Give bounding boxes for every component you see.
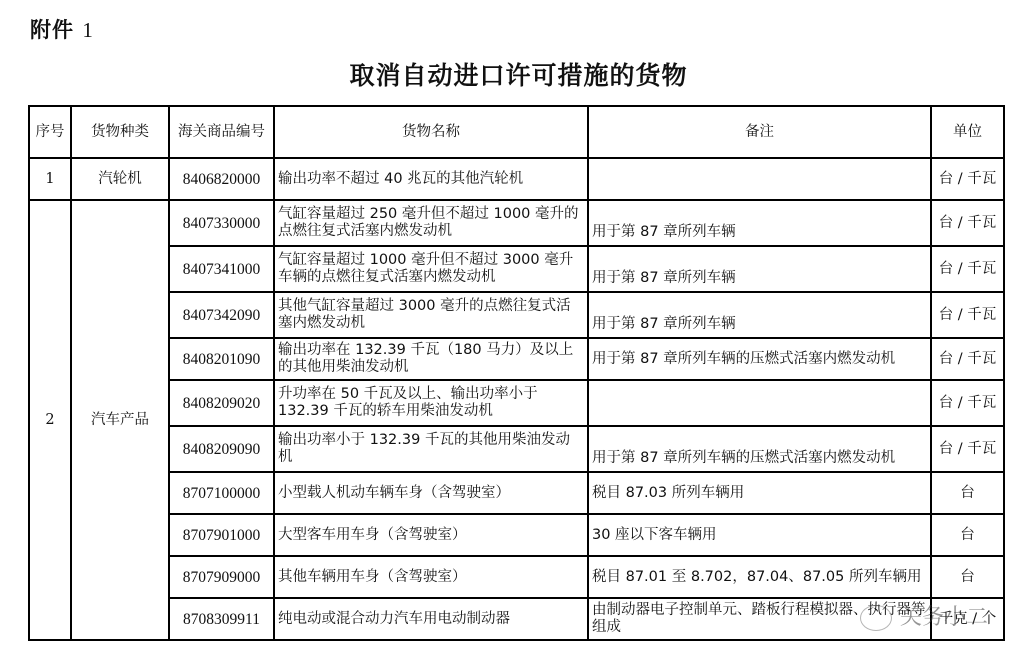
table-row: 2 汽车产品 8407330000 气缸容量超过 250 毫升但不超过 1000… [29, 200, 1004, 246]
row-name: 气缸容量超过 250 毫升但不超过 1000 毫升的点燃往复式活塞内燃发动机 [274, 200, 588, 246]
row-unit: 台 [931, 472, 1004, 514]
row-note: 用于第 87 章所列车辆的压燃式活塞内燃发动机 [588, 426, 931, 472]
table-row: 8707100000 小型载人机动车辆车身（含驾驶室） 税目 87.03 所列车… [29, 472, 1004, 514]
row-category: 汽车产品 [71, 200, 169, 640]
row-unit: 台 / 千瓦 [931, 292, 1004, 338]
row-note [588, 158, 931, 200]
row-unit: 台 / 千瓦 [931, 246, 1004, 292]
row-note: 税目 87.01 至 8.702，87.04、87.05 所列车辆用 [588, 556, 931, 598]
row-note: 税目 87.03 所列车辆用 [588, 472, 931, 514]
row-name: 纯电动或混合动力汽车用电动制动器 [274, 598, 588, 640]
document-title: 取消自动进口许可措施的货物 [0, 56, 1027, 92]
table-row: 8407342090 其他气缸容量超过 3000 毫升的点燃往复式活塞内燃发动机… [29, 292, 1004, 338]
header-name: 货物名称 [274, 106, 588, 158]
row-code: 8707909000 [169, 556, 274, 598]
attachment-number: 1 [82, 18, 94, 42]
header-unit: 单位 [931, 106, 1004, 158]
table-header-row: 序号 货物种类 海关商品编号 货物名称 备注 单位 [29, 106, 1004, 158]
header-code: 海关商品编号 [169, 106, 274, 158]
row-unit: 台 [931, 514, 1004, 556]
row-code: 8408209020 [169, 380, 274, 426]
row-note: 用于第 87 章所列车辆的压燃式活塞内燃发动机 [588, 338, 931, 380]
row-note: 用于第 87 章所列车辆 [588, 200, 931, 246]
table-row: 8408209090 输出功率小于 132.39 千瓦的其他用柴油发动机 用于第… [29, 426, 1004, 472]
table-row: 8708309911 纯电动或混合动力汽车用电动制动器 由制动器电子控制单元、踏… [29, 598, 1004, 640]
row-name: 大型客车用车身（含驾驶室） [274, 514, 588, 556]
row-unit: 台 / 千瓦 [931, 426, 1004, 472]
row-name: 输出功率小于 132.39 千瓦的其他用柴油发动机 [274, 426, 588, 472]
goods-table: 序号 货物种类 海关商品编号 货物名称 备注 单位 1 汽轮机 84068200… [28, 105, 1005, 641]
row-note [588, 380, 931, 426]
row-code: 8408201090 [169, 338, 274, 380]
row-code: 8408209090 [169, 426, 274, 472]
row-unit: 台 / 千瓦 [931, 158, 1004, 200]
table-row: 8408201090 输出功率在 132.39 千瓦（180 马力）及以上的其他… [29, 338, 1004, 380]
row-unit: 台 / 千瓦 [931, 338, 1004, 380]
row-unit: 台 / 千瓦 [931, 380, 1004, 426]
table-row: 1 汽轮机 8406820000 输出功率不超过 40 兆瓦的其他汽轮机 台 /… [29, 158, 1004, 200]
row-code: 8707100000 [169, 472, 274, 514]
row-code: 8406820000 [169, 158, 274, 200]
row-name: 升功率在 50 千瓦及以上、输出功率小于 132.39 千瓦的轿车用柴油发动机 [274, 380, 588, 426]
row-note: 30 座以下客车辆用 [588, 514, 931, 556]
row-code: 8407330000 [169, 200, 274, 246]
row-name: 其他车辆用车身（含驾驶室） [274, 556, 588, 598]
table-row: 8707901000 大型客车用车身（含驾驶室） 30 座以下客车辆用 台 [29, 514, 1004, 556]
row-code: 8707901000 [169, 514, 274, 556]
row-code: 8407341000 [169, 246, 274, 292]
header-index: 序号 [29, 106, 71, 158]
row-unit: 台 / 千瓦 [931, 200, 1004, 246]
header-note: 备注 [588, 106, 931, 158]
row-unit: 台 [931, 556, 1004, 598]
row-category: 汽轮机 [71, 158, 169, 200]
row-index: 2 [29, 200, 71, 640]
row-name: 气缸容量超过 1000 毫升但不超过 3000 毫升车辆的点燃往复式活塞内燃发动… [274, 246, 588, 292]
table-row: 8408209020 升功率在 50 千瓦及以上、输出功率小于 132.39 千… [29, 380, 1004, 426]
row-name: 输出功率不超过 40 兆瓦的其他汽轮机 [274, 158, 588, 200]
row-code: 8407342090 [169, 292, 274, 338]
row-unit: 千克 / 个 [931, 598, 1004, 640]
header-category: 货物种类 [71, 106, 169, 158]
attachment-label: 附件 1 [30, 14, 94, 44]
row-code: 8708309911 [169, 598, 274, 640]
row-note: 用于第 87 章所列车辆 [588, 292, 931, 338]
row-name: 小型载人机动车辆车身（含驾驶室） [274, 472, 588, 514]
row-name: 输出功率在 132.39 千瓦（180 马力）及以上的其他用柴油发动机 [274, 338, 588, 380]
table-row: 8707909000 其他车辆用车身（含驾驶室） 税目 87.01 至 8.70… [29, 556, 1004, 598]
attachment-label-text: 附件 [30, 18, 74, 42]
row-note: 用于第 87 章所列车辆 [588, 246, 931, 292]
table-row: 8407341000 气缸容量超过 1000 毫升但不超过 3000 毫升车辆的… [29, 246, 1004, 292]
row-note: 由制动器电子控制单元、踏板行程模拟器、执行器等组成 [588, 598, 931, 640]
row-name: 其他气缸容量超过 3000 毫升的点燃往复式活塞内燃发动机 [274, 292, 588, 338]
row-index: 1 [29, 158, 71, 200]
